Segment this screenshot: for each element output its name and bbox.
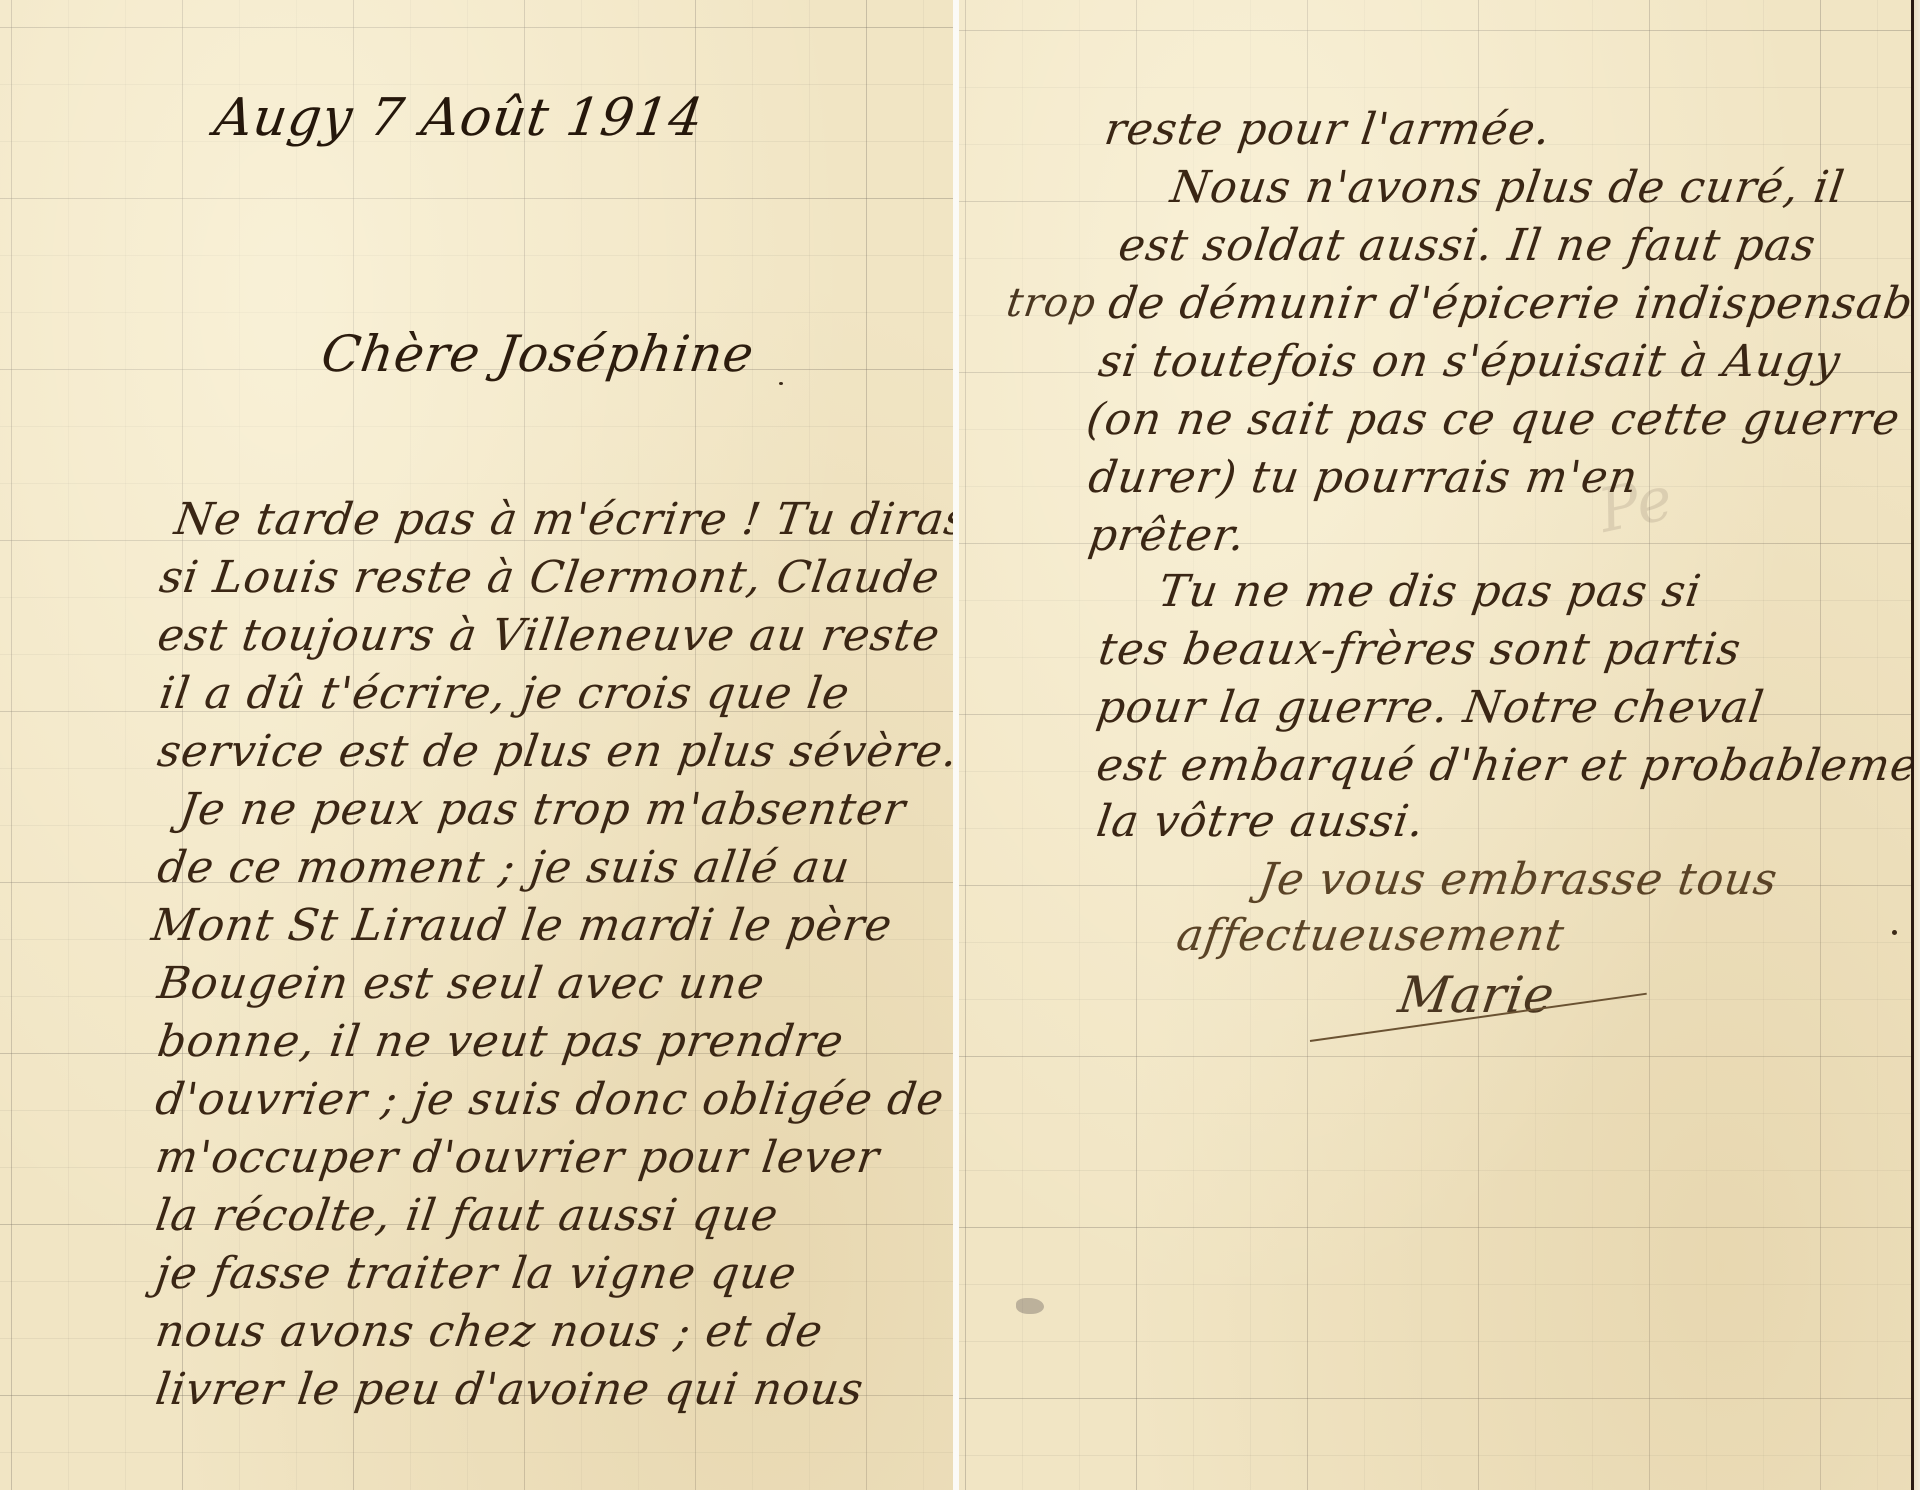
letter-line: Tu ne me dis pas pas si [1155, 566, 1704, 617]
letter-line: la récolte, il faut aussi que [152, 1190, 781, 1241]
letter-line: d'ouvrier ; je suis donc obligée de [152, 1074, 947, 1125]
letter-line: (on ne sait pas ce que cette guerre peut [1083, 394, 1920, 445]
letter-line: bonne, il ne veut pas prendre [154, 1016, 847, 1067]
letter-line: de ce moment ; je suis allé au [154, 842, 853, 893]
dateline: Augy 7 Août 1914 [211, 88, 707, 148]
letter-line: Mont St Liraud le mardi le père [148, 900, 895, 951]
page-edge [1911, 0, 1920, 1490]
greeting: Chère Joséphine [318, 325, 758, 383]
letter-line: Bougein est seul avec une [154, 958, 768, 1009]
letter-page-right: Pe reste pour l'armée. Nous n'avons plus… [959, 0, 1911, 1490]
letter-line: livrer le peu d'avoine qui nous [152, 1364, 866, 1415]
letter-line: prêter. [1085, 510, 1248, 561]
letter-line: tes beaux-frères sont partis [1095, 624, 1744, 675]
letter-line: je fasse traiter la vigne que [152, 1248, 800, 1299]
letter-line: la vôtre aussi. [1093, 796, 1427, 847]
letter-line: il a dû t'écrire, je crois que le [156, 668, 853, 719]
letter-line: Nous n'avons plus de curé, il [1167, 162, 1847, 213]
letter-line: Je ne peux pas trop m'absenter [176, 784, 909, 835]
ink-blot [1016, 1298, 1044, 1314]
letter-line: pour la guerre. Notre cheval [1093, 682, 1767, 733]
signature: Marie [1395, 966, 1559, 1024]
letter-line: nous avons chez nous ; et de [152, 1306, 826, 1357]
ink-speck [779, 382, 783, 385]
letter-line: est toujours à Villeneuve au reste [154, 610, 943, 661]
closing-line: Je vous embrasse tous [1255, 854, 1781, 905]
letter-line: Ne tarde pas à m'écrire ! Tu diras [171, 494, 971, 545]
letter-line: de démunir d'épicerie indispensable [1105, 278, 1920, 329]
letter-line: est embarqué d'hier et probablement [1093, 740, 1920, 791]
letter-line: est soldat aussi. Il ne faut pas [1115, 220, 1819, 271]
letter-line: durer) tu pourrais m'en [1085, 452, 1641, 503]
letter-page-left: Augy 7 Août 1914 Chère Joséphine Ne tard… [0, 0, 953, 1490]
letter-line: m'occuper d'ouvrier pour lever [152, 1132, 882, 1183]
ink-speck [1892, 930, 1897, 935]
closing-line: affectueusement [1173, 910, 1567, 961]
letter-line: service est de plus en plus sévère. [154, 726, 961, 777]
letter-line: si Louis reste à Clermont, Claude [156, 552, 943, 603]
letter-line: reste pour l'armée. [1101, 104, 1554, 155]
margin-note: trop [1004, 280, 1099, 326]
letter-line: si toutefois on s'épuisait à Augy [1095, 336, 1843, 387]
